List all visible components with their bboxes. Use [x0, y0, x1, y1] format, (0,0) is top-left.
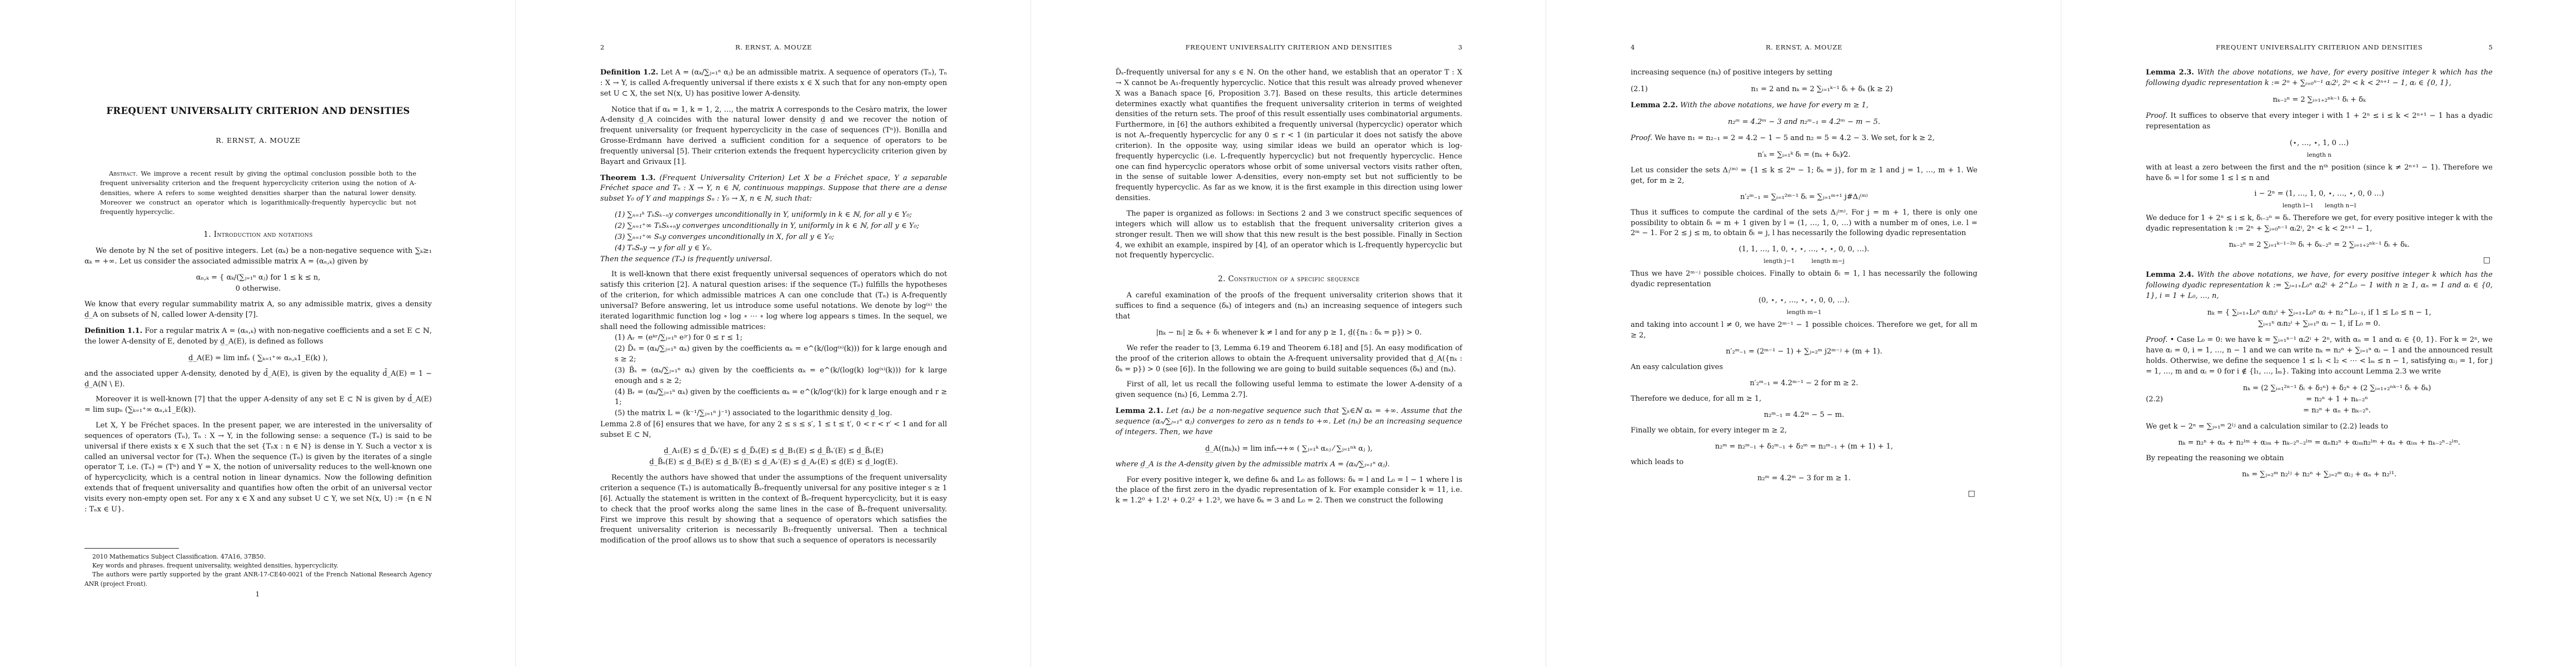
display-equation: n′₂ᵐ₋₁ = ∑ᵢ₌₁²ᵐ⁻¹ δᵢ = ∑ⱼ₌₁ᵐ⁺¹ j#Δⱼ⁽ᵐ⁾ — [1631, 192, 1977, 203]
page-4: 4 R. ERNST, A. MOUZE increasing sequence… — [1546, 0, 2061, 667]
display-equation: n′₂ᵐ₋₁ = 4.2ᵐ⁻¹ − 2 for m ≥ 2. — [1631, 378, 1977, 389]
definition-1-2-label: Definition 1.2. — [600, 68, 658, 77]
proof-2-4: Proof. • Case L₀ = 0: we have k = ∑ᵢ₌₁ⁿ⁻… — [2146, 335, 2493, 377]
paragraph: We deduce for 1 + 2ⁿ ≤ i ≤ k, δᵢ₋₂ⁿ = δᵢ… — [2146, 213, 2493, 235]
paper-spread: { "banner": "arXiv:1807.04171v1 [math.FA… — [0, 0, 2576, 667]
page-5: FREQUENT UNIVERSALITY CRITERION AND DENS… — [2061, 0, 2576, 667]
display-equation: n₂ᵐ = 4.2ᵐ − 3 for m ≥ 1. — [1631, 473, 1977, 484]
lemma-2-3-label: Lemma 2.3. — [2146, 68, 2194, 77]
lemma-2-1-label: Lemma 2.1. — [1115, 407, 1163, 415]
lemma-2-2-label: Lemma 2.2. — [1631, 101, 1678, 109]
paper-title: FREQUENT UNIVERSALITY CRITERION AND DENS… — [84, 106, 432, 116]
display-equation: n′₂ᵐ₋₁ = (2ᵐ⁻¹ − 1) + ∑ⱼ₌₂ᵐ j2ᵐ⁻ʲ + (m +… — [1631, 346, 1977, 357]
lemma-2-1-text: Let (αₖ) be a non-negative sequence such… — [1115, 407, 1462, 436]
paragraph: A careful examination of the proofs of t… — [1115, 291, 1462, 322]
lemma-2-2: Lemma 2.2. With the above notations, we … — [1631, 101, 1977, 111]
proof-text: • Case L₀ = 0: we have k = ∑ᵢ₌₁ⁿ⁻¹ αᵢ2ⁱ … — [2146, 336, 2493, 376]
page-1: FREQUENT UNIVERSALITY CRITERION AND DENS… — [0, 0, 515, 667]
proof-label: Proof. — [2146, 112, 2168, 120]
page-number-5: 5 — [2474, 43, 2493, 51]
page-number-4: 4 — [1631, 43, 1650, 51]
paragraph: First of all, let us recall the followin… — [1115, 380, 1462, 401]
paragraph: The paper is organized as follows: in Se… — [1115, 209, 1462, 261]
paragraph: We know that every regular summability m… — [84, 300, 432, 321]
paragraph: We get k − 2ⁿ = ∑ⱼ₌₁ᵐ 2ˡʲ and a calculat… — [2146, 422, 2493, 432]
paragraph: Moreover it is well-known [7] that the u… — [84, 395, 432, 416]
footnote-grant: The authors were partly supported by the… — [84, 570, 432, 588]
display-equation: αₙ,ₖ = { αₖ/(∑ⱼ₌₁ⁿ αⱼ) for 1 ≤ k ≤ n, 0 … — [84, 272, 432, 295]
theorem-item-4: (4) TₙSₙy → y for all y ∈ Y₀. — [615, 243, 947, 254]
underbrace-label: length m−1 — [1631, 309, 1977, 316]
lemma-2-2-text: With the above notations, we have for ev… — [1680, 101, 1869, 109]
page-number-3: 3 — [1443, 43, 1462, 51]
lemma-2-4: Lemma 2.4. With the above notations, we … — [2146, 270, 2493, 302]
running-head-title: FREQUENT UNIVERSALITY CRITERION AND DENS… — [2165, 43, 2474, 51]
paragraph: We refer the reader to [3, Lemma 6.19 an… — [1115, 344, 1462, 375]
display-equation: nₖ₋₂ⁿ = 2 ∑ᵢ₌₁₊₂ⁿᵏ⁻¹ δᵢ + δₖ — [2146, 94, 2493, 106]
display-inequality-chain: d̲_A₁(E) ≤ d̲_D̃ₛ′(E) ≤ d̲_D̃ₛ(E) ≤ d̲_B… — [600, 446, 947, 468]
display-equation: (⋆, …, ⋆, 1, 0 …) — [2146, 138, 2493, 149]
paragraph: with at least a zero between the first a… — [2146, 163, 2493, 184]
matrix-item-2: (2) D̃ₛ = (αₖ/∑ⱼ₌₁ⁿ αₖ) given by the coe… — [615, 344, 947, 365]
underbrace-labels: length j−1 length m−j — [1631, 258, 1977, 265]
section-heading-1: 1. Introduction and notations — [84, 230, 432, 239]
paragraph: Recently the authors have showed that un… — [600, 473, 947, 546]
running-head: FREQUENT UNIVERSALITY CRITERION AND DENS… — [1115, 43, 1462, 51]
definition-1-2: Definition 1.2. Let A = (αₖ/∑ⱼ₌₁ⁿ αⱼ) be… — [600, 68, 947, 99]
definition-1-1: Definition 1.1. For a regular matrix A =… — [84, 326, 432, 347]
theorem-item-1: (1) ∑ₙ₌₁ᵏ TₖSₖ₋ₙy converges unconditiona… — [615, 210, 947, 221]
footnote-msc: 2010 Mathematics Subject Classification.… — [84, 552, 432, 561]
paragraph: It is well-known that there exist freque… — [600, 270, 947, 332]
display-equation: d̲_A((nₖ)ₖ) = lim infₖ→+∞ ( ∑ⱼ₌₁ᵏ αₙⱼ ⁄ … — [1115, 444, 1462, 455]
qed-box: □ — [1631, 489, 1977, 498]
abstract: Abstract. We improve a recent result by … — [100, 169, 416, 217]
display-equation: n₂ᵐ₋₁ = 4.2ᵐ − 5 − m. — [1631, 410, 1977, 421]
abstract-label: Abstract. — [109, 170, 138, 177]
paragraph: Notice that if αₖ = 1, k = 1, 2, …, the … — [600, 105, 947, 168]
running-head-title: R. ERNST, A. MOUZE — [1650, 43, 1959, 51]
running-head: 4 R. ERNST, A. MOUZE — [1631, 43, 1977, 51]
lemma-2-1: Lemma 2.1. Let (αₖ) be a non-negative se… — [1115, 406, 1462, 438]
underbrace-labels: length l−1 length n−l — [2146, 202, 2493, 209]
paragraph: increasing sequence (nₖ) of positive int… — [1631, 68, 1977, 78]
matrix-item-1: (1) Aᵣ = (eᵏʳ/∑ⱼ₌₁ⁿ eʲʳ) for 0 ≤ r ≤ 1; — [615, 333, 947, 344]
abstract-text: We improve a recent result by giving the… — [100, 170, 416, 216]
matrix-item-4: (4) Bᵣ = (αₖ/∑ⱼ₌₁ⁿ αₖ) given by the coef… — [615, 387, 947, 409]
paper-authors: R. ERNST, A. MOUZE — [84, 136, 432, 145]
display-equation: n′ₖ = ∑ᵢ₌₁ᵏ δᵢ = (nₖ + δₖ)⁄2. — [1631, 150, 1977, 161]
display-equation: d̲_A(E) = lim infₙ ( ∑ₖ₌₁⁺∞ αₙ,ₖ1_E(k) )… — [84, 353, 432, 364]
paragraph: An easy calculation gives — [1631, 362, 1977, 373]
theorem-1-3: Theorem 1.3. (Frequent Universality Crit… — [600, 173, 947, 205]
page-2: 2 R. ERNST, A. MOUZE Definition 1.2. Let… — [515, 0, 1030, 667]
paragraph: We denote by ℕ the set of positive integ… — [84, 246, 432, 267]
page-number-1: 1 — [0, 590, 515, 598]
footnotes: 2010 Mathematics Subject Classification.… — [84, 548, 432, 589]
proof-label: Proof. — [1631, 134, 1652, 142]
underbrace-label: length n — [2146, 152, 2493, 158]
lemma-2-3-text: With the above notations, we have, for e… — [2146, 68, 2493, 87]
display-equation: nₖ = ∑ⱼ₌₂ᵐ n₂ˡʲ + n₂ⁿ + ∑ⱼ₌₂ᵐ αₗⱼ + αₙ +… — [2146, 469, 2493, 480]
footnote-rule — [84, 548, 179, 549]
page-3: FREQUENT UNIVERSALITY CRITERION AND DENS… — [1030, 0, 1546, 667]
lemma-2-3: Lemma 2.3. With the above notations, we … — [2146, 68, 2493, 89]
equation-number: (2.1) — [1631, 85, 1666, 93]
section-heading-2: 2. Construction of a specific sequence — [1115, 275, 1462, 283]
page-number-2: 2 — [600, 43, 619, 51]
display-equation: (0, ⋆, ⋆, …, ⋆, ⋆, 0, 0, …). — [1631, 295, 1977, 306]
display-equation: (1, 1, …, 1, 0, ⋆, ⋆, …, ⋆, ⋆, 0, 0, …). — [1631, 244, 1977, 255]
running-head: FREQUENT UNIVERSALITY CRITERION AND DENS… — [2146, 43, 2493, 51]
matrix-item-3: (3) B̃ₛ = (αₖ/∑ⱼ₌₁ⁿ αₖ) given by the coe… — [615, 366, 947, 387]
display-equation: |nₖ − nₗ| ≥ δₖ + δₗ whenever k ≠ l and f… — [1115, 327, 1462, 339]
proof-label: Proof. — [2146, 336, 2168, 344]
display-equation: nₖ = { ∑ᵢ₌₁₊L₀ⁿ αᵢn₂ⁱ + ∑ᵢ₌₁₊L₀ⁿ αᵢ + n₂… — [2146, 307, 2493, 330]
display-equation: i − 2ⁿ = (1, …, 1, 0, ⋆, …, ⋆, 0, 0 …) — [2146, 188, 2493, 200]
paragraph: Let us consider the sets Δⱼ⁽ᵐ⁾ = {1 ≤ k … — [1631, 166, 1977, 187]
equation-body: n₁ = 2 and nₖ = 2 ∑ᵢ₌₁ᵏ⁻¹ δᵢ + δₖ (k ≥ 2… — [1666, 84, 1977, 95]
definition-1-1-label: Definition 1.1. — [84, 327, 142, 335]
theorem-1-3-label: Theorem 1.3. — [600, 174, 656, 182]
display-equation: n₂ᵐ = 4.2ᵐ − 3 and n₂ᵐ₋₁ = 4.2ᵐ − m − 5. — [1631, 117, 1977, 128]
paragraph: For every positive integer k, we define … — [1115, 475, 1462, 507]
paragraph: and taking into account l ≠ 0, we have 2… — [1631, 320, 1977, 341]
footnote-keywords: Key words and phrases. frequent universa… — [84, 561, 432, 570]
proof-2-3: Proof. It suffices to observe that every… — [2146, 111, 2493, 132]
paragraph: By repeating the reasoning we obtain — [2146, 454, 2493, 464]
theorem-item-3: (3) ∑ₙ₌₁⁺∞ Sₙy converges unconditionally… — [615, 232, 947, 243]
paragraph: and the associated upper A-density, deno… — [84, 369, 432, 390]
numbered-equation-2-2: (2.2) nₖ = (2 ∑ᵢ₌₁²ⁿ⁻¹ δᵢ + δ₂ⁿ) + δ₂ⁿ +… — [2146, 383, 2493, 416]
qed-box: □ — [2146, 256, 2493, 265]
running-head-title: R. ERNST, A. MOUZE — [619, 43, 928, 51]
display-equation: nₖ₋₂ⁿ = 2 ∑ᵢ₌₁ᵏ⁻¹⁻²ⁿ δᵢ + δₖ₋₂ⁿ = 2 ∑ᵢ₌₁… — [2146, 240, 2493, 251]
running-head-title: FREQUENT UNIVERSALITY CRITERION AND DENS… — [1134, 43, 1443, 51]
theorem-conclusion: Then the sequence (Tₙ) is frequently uni… — [600, 255, 947, 265]
paragraph: Thus it suffices to compute the cardinal… — [1631, 208, 1977, 240]
display-equation: n₂ᵐ = n₂ᵐ₋₁ + δ₂ᵐ₋₁ + δ₂ᵐ = n₂ᵐ₋₁ + (m +… — [1631, 441, 1977, 452]
paragraph: which leads to — [1631, 457, 1977, 468]
lemma-2-4-text: With the above notations, we have, for e… — [2146, 271, 2493, 300]
display-equation: nₖ = n₂ⁿ + αₙ + n₂ˡᵐ + αₗₘ + nₖ₋₂ⁿ₋₂ˡᵐ =… — [2146, 437, 2493, 449]
proof-text: It suffices to observe that every intege… — [2146, 112, 2493, 131]
paragraph: Finally we obtain, for every integer m ≥… — [1631, 426, 1977, 436]
paragraph: Lemma 2.8 of [6] ensures that we have, f… — [600, 420, 947, 441]
paragraph: D̃ₛ-frequently universal for any s ∈ ℕ. … — [1115, 68, 1462, 204]
running-head: 2 R. ERNST, A. MOUZE — [600, 43, 947, 51]
paragraph: Therefore we deduce, for all m ≥ 1, — [1631, 394, 1977, 405]
lemma-2-4-label: Lemma 2.4. — [2146, 271, 2194, 279]
matrix-item-5: (5) the matrix L = (k⁻¹/∑ⱼ₌₁ⁿ j⁻¹) assoc… — [615, 409, 947, 419]
paragraph: Let X, Y be Fréchet spaces. In the prese… — [84, 421, 432, 515]
numbered-equation-2-1: (2.1) n₁ = 2 and nₖ = 2 ∑ᵢ₌₁ᵏ⁻¹ δᵢ + δₖ … — [1631, 84, 1977, 95]
theorem-item-2: (2) ∑ₙ₌₁⁺∞ TₖSₖ₊ₙy converges uncondition… — [615, 221, 947, 232]
paragraph: where d̲_A is the A-density given by the… — [1115, 460, 1462, 470]
proof-2-2: Proof. We have n₁ = n₂₋₁ = 2 = 4.2 − 1 −… — [1631, 133, 1977, 144]
equation-body: nₖ = (2 ∑ᵢ₌₁²ⁿ⁻¹ δᵢ + δ₂ⁿ) + δ₂ⁿ + (2 ∑ᵢ… — [2181, 383, 2493, 416]
equation-number: (2.2) — [2146, 395, 2181, 404]
paragraph: Thus we have 2ᵐ⁻ʲ possible choices. Fina… — [1631, 269, 1977, 290]
proof-text: We have n₁ = n₂₋₁ = 2 = 4.2 − 1 − 5 and … — [1655, 134, 1935, 142]
